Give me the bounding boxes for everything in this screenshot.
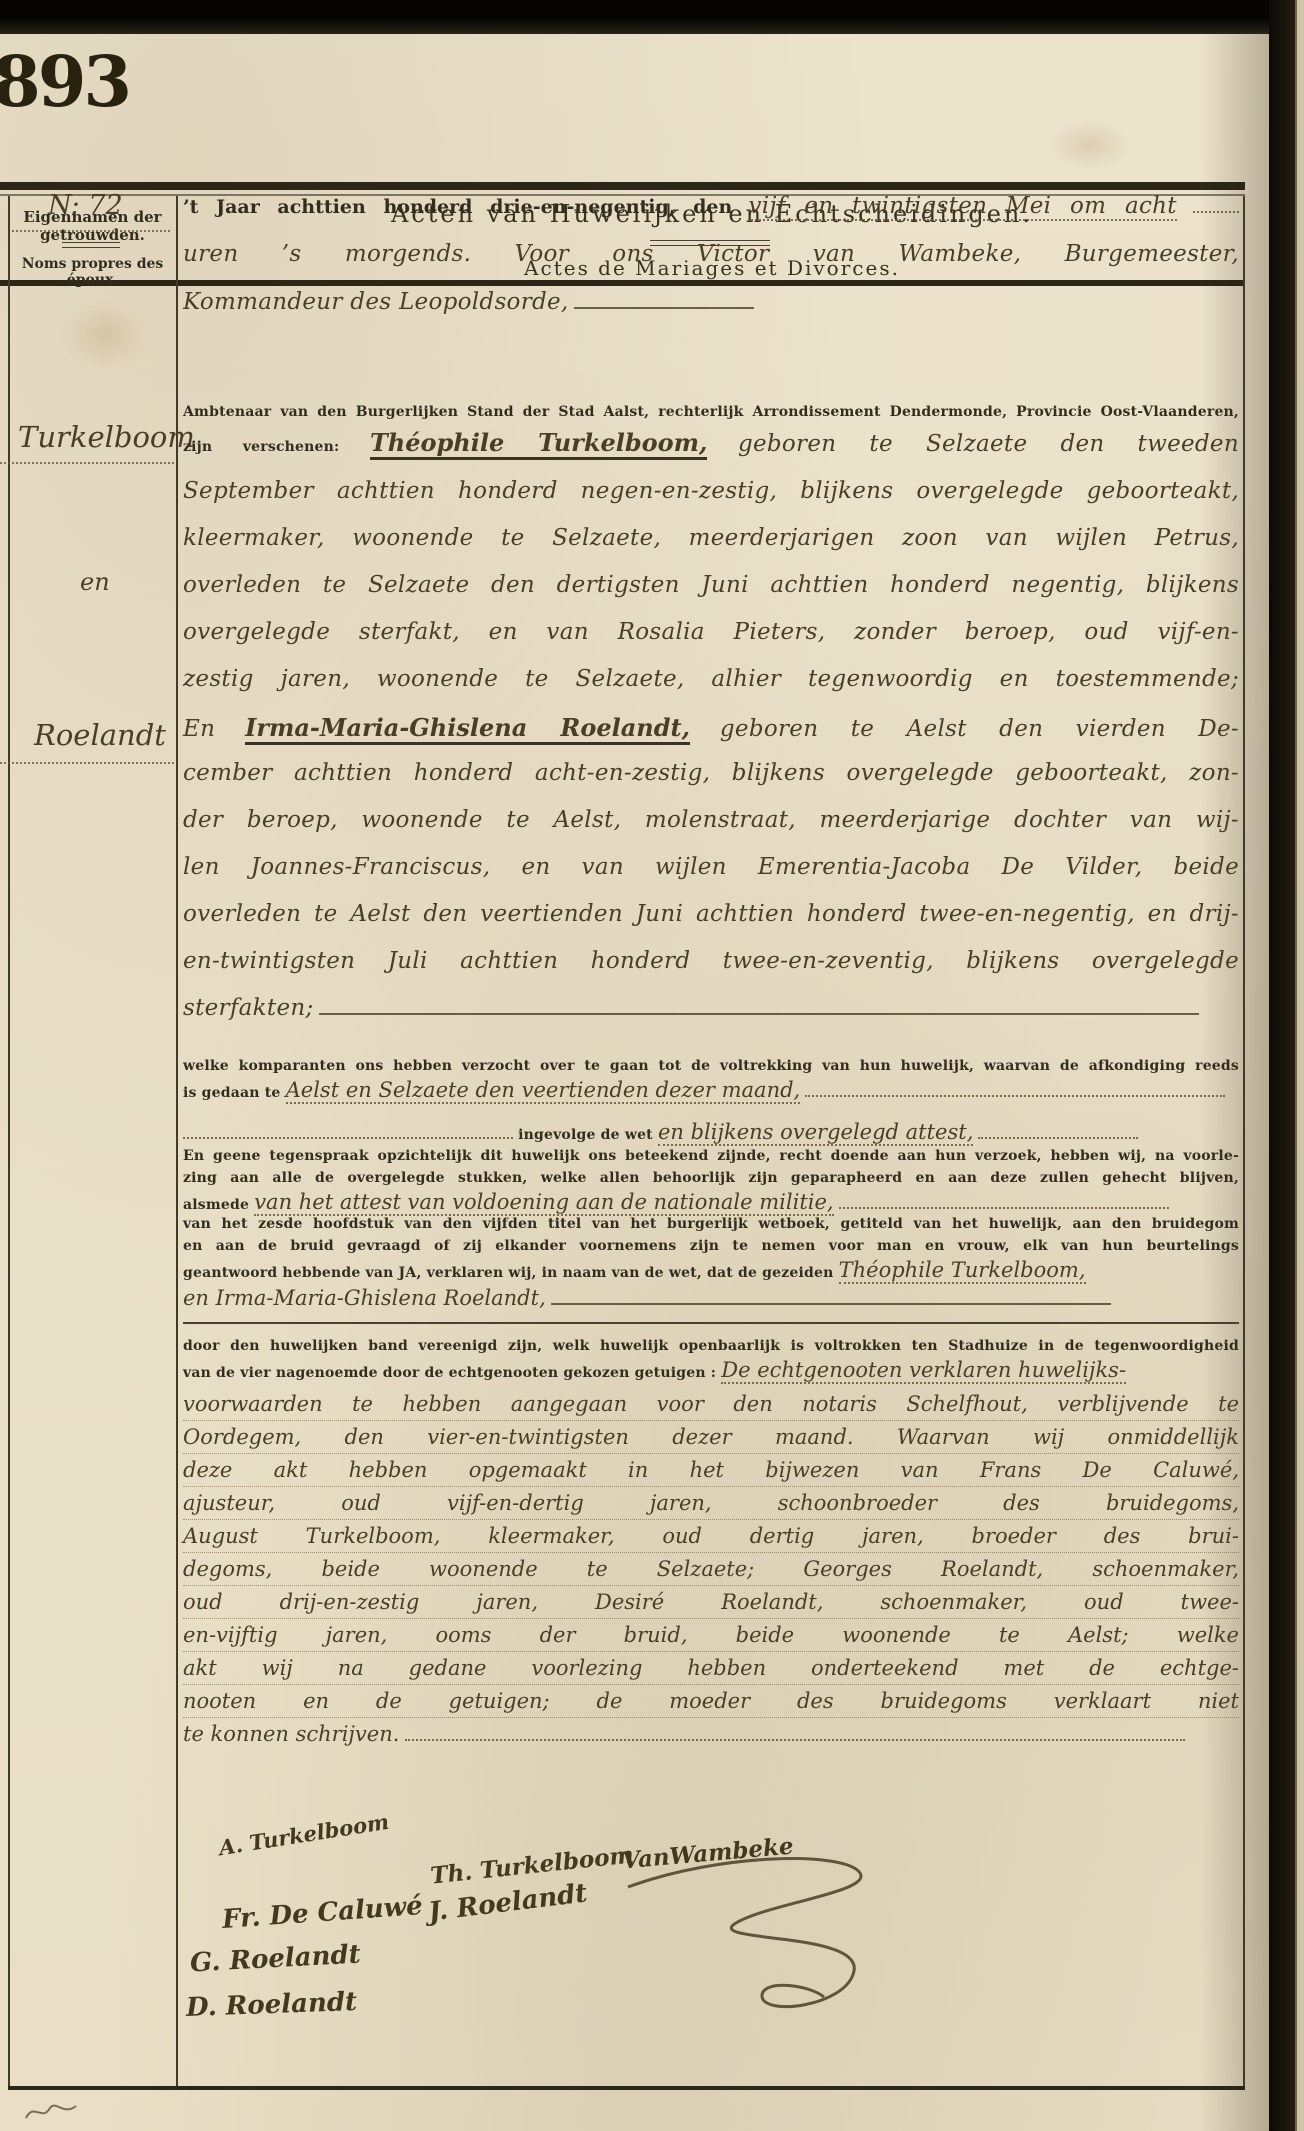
table-bottom-rule <box>8 2086 1245 2090</box>
act-line: overleden te Aelst den veertienden Juni … <box>183 901 1239 927</box>
filler-line <box>551 1289 1111 1305</box>
printed-civil-code-3: geantwoord hebbende van JA, verklaren wi… <box>183 1265 834 1281</box>
law-attest-line: ingevolge de wet en blijkens overgelegd … <box>183 1120 1239 1144</box>
facing-page-edge <box>1295 0 1304 2131</box>
dotted-filler <box>839 1193 1169 1209</box>
closing-line: en-vijftig jaren, ooms der bruid, beide … <box>183 1623 1239 1652</box>
filler-line <box>574 293 754 309</box>
printed-banns-1: welke komparanten ons hebben verzocht ov… <box>183 1058 1239 1074</box>
act-line: en-twintigsten Juli achttien honderd twe… <box>183 948 1239 974</box>
act-line: overleden te Selzaete den dertigsten Jun… <box>183 572 1239 598</box>
printed-appeared-label: zijn verschenen: <box>183 439 339 455</box>
header-rule-bottom <box>0 280 1245 286</box>
paper-stain <box>60 300 150 370</box>
year-label: 893 <box>0 40 129 123</box>
table-left-border <box>8 196 10 2090</box>
handwritten-honor-title: Kommandeur des Leopoldsorde, <box>183 289 569 315</box>
margin-bride-surname: Roelandt <box>34 718 166 752</box>
closing-hand-start: De echtgenooten verklaren huwelijks- <box>721 1358 1126 1384</box>
act-line: kleermaker, woonende te Selzaete, meerde… <box>183 525 1239 551</box>
printed-official-capacity: Ambtenaar van den Burgerlijken Stand der… <box>183 404 1239 420</box>
act-line-bride-intro: En Irma-Maria-Ghislena Roelandt, geboren… <box>183 713 1239 742</box>
paper-stain <box>1050 120 1130 170</box>
printed-union-2: van de vier nagenoemde door de echtgenoo… <box>183 1365 716 1381</box>
groom-birth-phrase: geboren te Selzaete den tweeden <box>738 431 1239 457</box>
left-column-header-french: Noms propres des époux. <box>10 256 175 288</box>
act-line-title: Kommandeur des Leopoldsorde, <box>183 289 1239 315</box>
militia-attest-hand: van het attest van voldoening aan de nat… <box>254 1190 833 1216</box>
printed-law-phrase: ingevolge de wet <box>518 1127 653 1143</box>
dotted-filler <box>805 1081 1225 1097</box>
closing-line: akt wij na gedane voorlezing hebben onde… <box>183 1656 1239 1685</box>
declared-bride-name: en Irma-Maria-Ghislena Roelandt, <box>183 1286 546 1310</box>
margin-mark <box>22 2098 82 2126</box>
closing-last-line: te konnen schrijven. <box>183 1722 1239 1746</box>
closing-line: deze akt hebben opgemaakt in het bijweze… <box>183 1458 1239 1487</box>
margin-conjunction: en <box>80 568 110 596</box>
register-page: 893 Eigennamen der getrouwden. Noms prop… <box>0 0 1304 2131</box>
attest-hand: en blijkens overgelegd attest, <box>658 1120 973 1146</box>
act-line-officiant: uren ’s morgends. Voor ons Victor van Wa… <box>183 241 1239 267</box>
act-line: len Joannes-Franciscus, en van wijlen Em… <box>183 854 1239 880</box>
cannot-write-phrase: te konnen schrijven. <box>183 1722 399 1746</box>
act-number: N: 72 <box>48 190 123 221</box>
margin-ruling <box>0 462 174 464</box>
act-line: zestig jaren, woonende te Selzaete, alhi… <box>183 666 1239 692</box>
handwritten-date: vijf en twintigsten Mei om acht <box>748 193 1176 221</box>
dotted-filler <box>405 1725 1185 1741</box>
dotted-filler <box>978 1123 1138 1139</box>
act-line-sterfakten: sterfakten; <box>183 995 1239 1021</box>
act-line-groom-intro: zijn verschenen: Théophile Turkelboom, g… <box>183 428 1239 457</box>
closing-line: nooten en de getuigen; de moeder des bru… <box>183 1689 1239 1718</box>
officiant-paraph-flourish <box>610 1845 890 2035</box>
declared-bride-line: en Irma-Maria-Ghislena Roelandt, <box>183 1286 1239 1310</box>
table-right-border <box>1243 196 1245 2090</box>
act-line: cember achttien honderd acht-en-zestig, … <box>183 760 1239 786</box>
margin-ruling <box>0 762 174 764</box>
bride-name: Irma-Maria-Ghislena Roelandt, <box>245 713 690 745</box>
signature-d-roelandt: D. Roelandt <box>186 1987 358 2023</box>
section-divider-line <box>183 1322 1239 1324</box>
closing-line: oud drij-en-zestig jaren, Desiré Roeland… <box>183 1590 1239 1619</box>
printed-year-phrase: ’t Jaar achttien honderd drie-en-negenti… <box>183 196 732 218</box>
closing-line: Oordegem, den vier-en-twintigsten dezer … <box>183 1425 1239 1454</box>
act-number-ruling <box>12 230 170 232</box>
banns-places-hand: Aelst en Selzaete den veertienden dezer … <box>286 1078 801 1104</box>
filler-line <box>319 999 1199 1015</box>
closing-line: degoms, beide woonende te Selzaete; Geor… <box>183 1557 1239 1586</box>
margin-groom-surname: Turkelboom <box>18 420 195 454</box>
printed-union-1: door den huwelijken band vereenigd zijn,… <box>183 1338 1239 1354</box>
bride-birth-phrase: geboren te Aelst den vierden De- <box>720 716 1239 742</box>
left-header-divider <box>62 242 120 248</box>
scan-right-gutter <box>1269 0 1295 2131</box>
bride-intro-word: En <box>183 716 215 742</box>
banns-location-line: is gedaan te Aelst en Selzaete den veert… <box>183 1078 1239 1102</box>
dotted-filler <box>183 1123 513 1139</box>
death-certificates-word: sterfakten; <box>183 995 314 1021</box>
act-line: overgelegde sterfakt, en van Rosalia Pie… <box>183 619 1239 645</box>
closing-line: ajusteur, oud vijf-en-dertig jaren, scho… <box>183 1491 1239 1520</box>
printed-no-opposition-1: En geene tegenspraak opzichtelijk dit hu… <box>183 1148 1239 1164</box>
militia-line: alsmede van het attest van voldoening aa… <box>183 1190 1239 1214</box>
witnesses-intro-line: van de vier nagenoemde door de echtgenoo… <box>183 1358 1239 1382</box>
declared-groom-name: Théophile Turkelboom, <box>839 1258 1086 1284</box>
printed-banns-2: is gedaan te <box>183 1085 281 1101</box>
closing-line: August Turkelboom, kleermaker, oud derti… <box>183 1524 1239 1553</box>
closing-line: voorwaarden te hebben aangegaan voor den… <box>183 1392 1239 1421</box>
printed-no-opposition-2: zing aan alle de overgelegde stukken, we… <box>183 1170 1239 1186</box>
printed-civil-code-2: en aan de bruid gevraagd of zij elkander… <box>183 1238 1239 1254</box>
act-line: September achttien honderd negen-en-zest… <box>183 478 1239 504</box>
column-divider <box>176 196 178 2090</box>
dotted-filler <box>1193 197 1239 213</box>
scan-top-edge <box>0 0 1304 34</box>
printed-civil-code-1: van het zesde hoofdstuk van den vijfden … <box>183 1216 1239 1232</box>
printed-alsmede: alsmede <box>183 1197 249 1213</box>
act-line: der beroep, woonende te Aelst, molenstra… <box>183 807 1239 833</box>
header-rule-top <box>0 182 1245 190</box>
act-line-opening: ’t Jaar achttien honderd drie-en-negenti… <box>183 193 1239 219</box>
declaration-line: geantwoord hebbende van JA, verklaren wi… <box>183 1258 1239 1282</box>
groom-name: Théophile Turkelboom, <box>370 428 707 460</box>
